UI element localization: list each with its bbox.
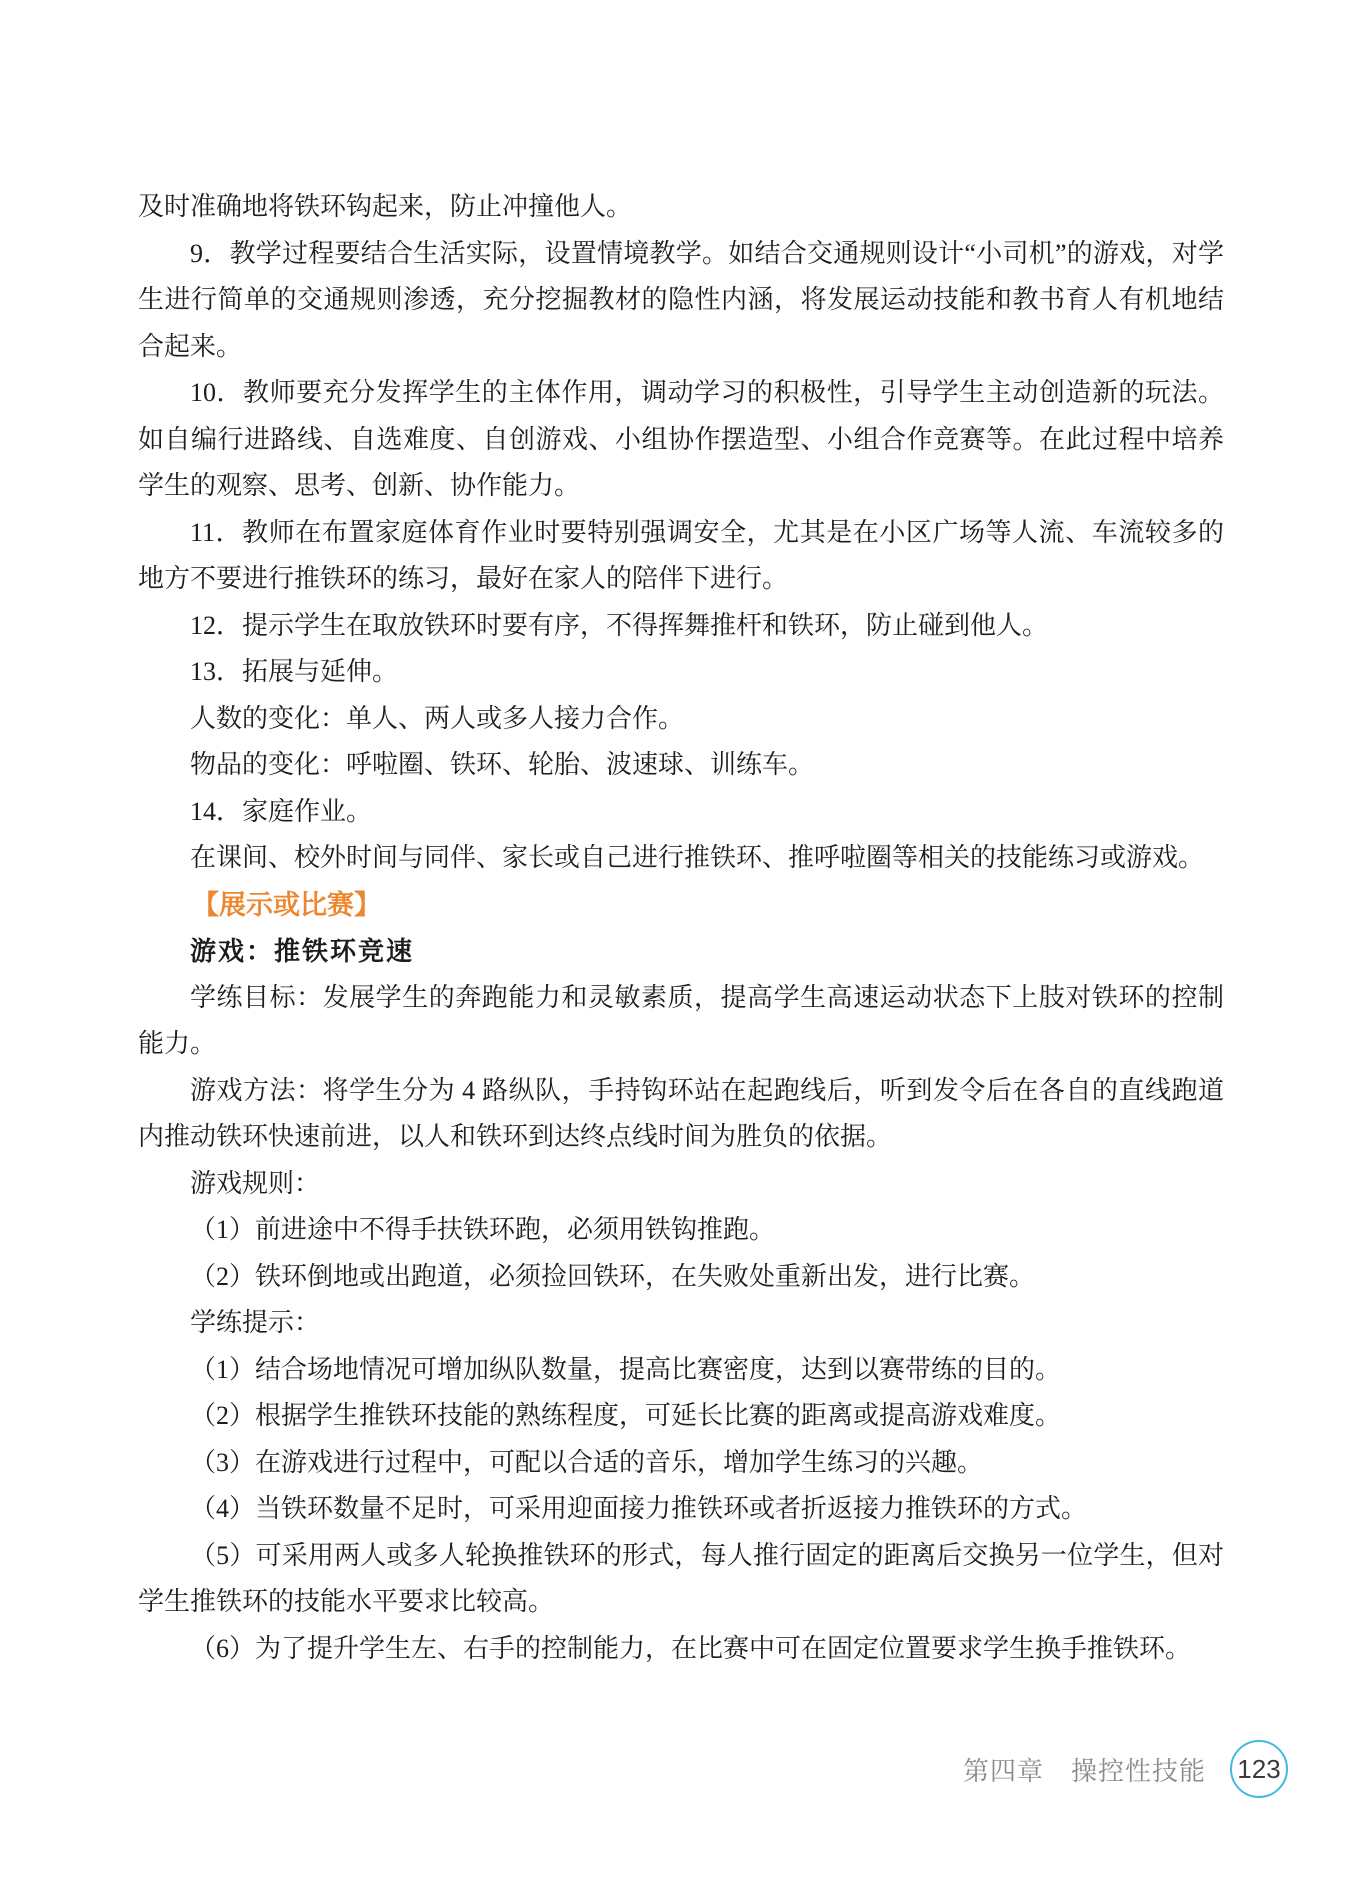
page-content: 及时准确地将铁环钩起来，防止冲撞他人。9．教学过程要结合生活实际，设置情境教学。…: [138, 184, 1224, 1672]
para-learning-goal: 学练目标：发展学生的奔跑能力和灵敏素质，提高学生高速运动状态下上肢对铁环的控制能…: [138, 975, 1224, 1068]
para-practice-tips-label: 学练提示：: [138, 1300, 1224, 1347]
para-point-12: 12．提示学生在取放铁环时要有序，不得挥舞推杆和铁环，防止碰到他人。: [138, 603, 1224, 650]
tip-4: （4）当铁环数量不足时，可采用迎面接力推铁环或者折返接力推铁环的方式。: [138, 1486, 1224, 1533]
para-extension-items: 物品的变化：呼啦圈、铁环、轮胎、波速球、训练车。: [138, 742, 1224, 789]
document-page: 及时准确地将铁环钩起来，防止冲撞他人。9．教学过程要结合生活实际，设置情境教学。…: [0, 0, 1359, 1891]
tip-1: （1）结合场地情况可增加纵队数量，提高比赛密度，达到以赛带练的目的。: [138, 1347, 1224, 1394]
para-point-10: 10．教师要充分发挥学生的主体作用，调动学习的积极性，引导学生主动创造新的玩法。…: [138, 370, 1224, 510]
section-header-show-or-compete: 【展示或比赛】: [138, 882, 1224, 929]
game-title: 游戏：推铁环竞速: [138, 928, 1224, 975]
para-point-9: 9．教学过程要结合生活实际，设置情境教学。如结合交通规则设计“小司机”的游戏，对…: [138, 231, 1224, 371]
tip-5: （5）可采用两人或多人轮换推铁环的形式，每人推行固定的距离后交换另一位学生，但对…: [138, 1533, 1224, 1626]
rule-2: （2）铁环倒地或出跑道，必须捡回铁环，在失败处重新出发，进行比赛。: [138, 1254, 1224, 1301]
page-number: 123: [1237, 1754, 1280, 1785]
para-game-method: 游戏方法：将学生分为 4 路纵队，手持钩环站在起跑线后，听到发令后在各自的直线跑…: [138, 1068, 1224, 1161]
para-continuation: 及时准确地将铁环钩起来，防止冲撞他人。: [138, 184, 1224, 231]
para-homework: 在课间、校外时间与同伴、家长或自己进行推铁环、推呼啦圈等相关的技能练习或游戏。: [138, 835, 1224, 882]
tip-2: （2）根据学生推铁环技能的熟练程度，可延长比赛的距离或提高游戏难度。: [138, 1393, 1224, 1440]
para-point-11: 11．教师在布置家庭体育作业时要特别强调安全，尤其是在小区广场等人流、车流较多的…: [138, 510, 1224, 603]
page-number-badge: 123: [1230, 1740, 1288, 1798]
para-extension-people: 人数的变化：单人、两人或多人接力合作。: [138, 696, 1224, 743]
page-footer: 第四章 操控性技能 123: [963, 1740, 1288, 1798]
tip-3: （3）在游戏进行过程中，可配以合适的音乐，增加学生练习的兴趣。: [138, 1440, 1224, 1487]
chapter-label: 第四章 操控性技能: [963, 1751, 1206, 1788]
para-point-14: 14．家庭作业。: [138, 789, 1224, 836]
para-game-rules-label: 游戏规则：: [138, 1161, 1224, 1208]
rule-1: （1）前进途中不得手扶铁环跑，必须用铁钩推跑。: [138, 1207, 1224, 1254]
tip-6: （6）为了提升学生左、右手的控制能力，在比赛中可在固定位置要求学生换手推铁环。: [138, 1626, 1224, 1673]
para-point-13: 13．拓展与延伸。: [138, 649, 1224, 696]
